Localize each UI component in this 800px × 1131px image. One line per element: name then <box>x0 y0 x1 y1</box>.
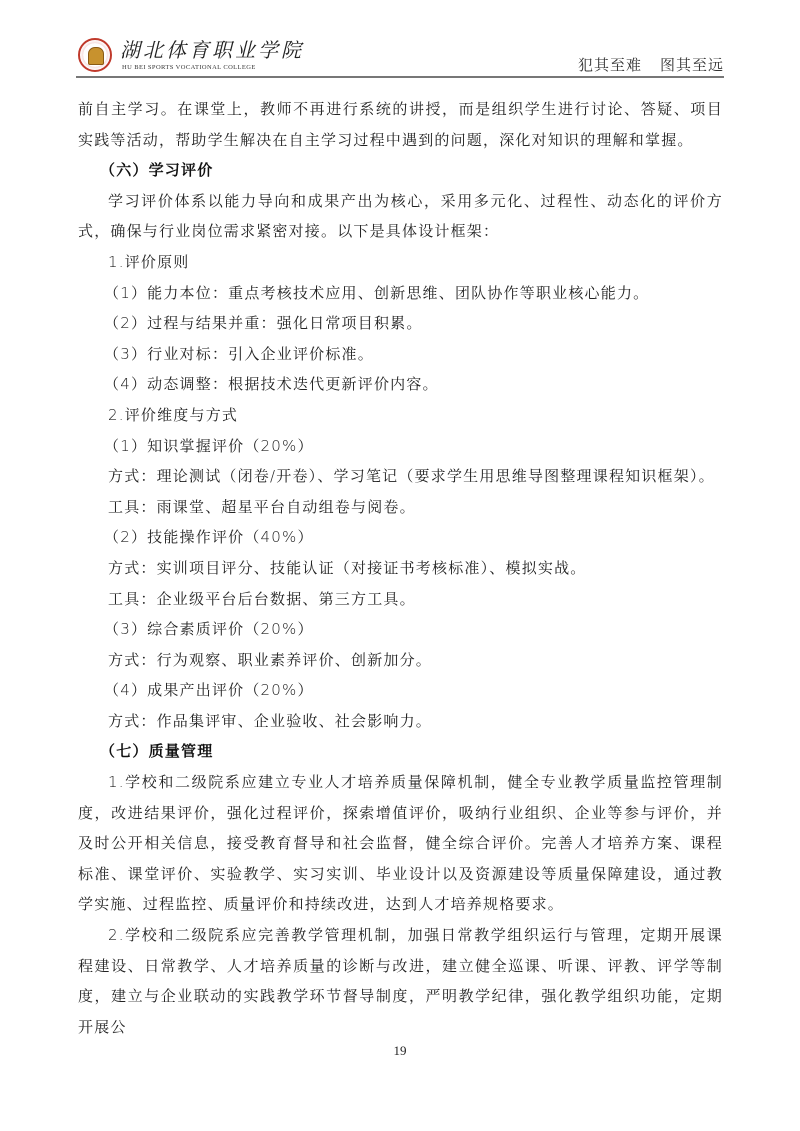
motto-part-1: 犯其至难 <box>578 56 642 74</box>
motto-part-2: 图其至远 <box>660 56 724 74</box>
college-motto: 犯其至难图其至远 <box>578 54 724 75</box>
dimension-method: 方式：实训项目评分、技能认证（对接证书考核标准）、模拟实战。 <box>78 553 723 584</box>
dimension-title: （3）综合素质评价（20%） <box>78 614 723 645</box>
paragraph-intro: 前自主学习。在课堂上，教师不再进行系统的讲授，而是组织学生进行讨论、答疑、项目实… <box>78 94 723 155</box>
dimensions-heading: 2.评价维度与方式 <box>78 400 723 431</box>
section-7-heading: （七）质量管理 <box>78 736 723 767</box>
principle-item: （2）过程与结果并重：强化日常项目积累。 <box>78 308 723 339</box>
seal-building-icon <box>88 47 104 65</box>
principle-item: （1）能力本位：重点考核技术应用、创新思维、团队协作等职业核心能力。 <box>78 278 723 309</box>
header-divider <box>76 76 724 78</box>
dimension-tool: 工具：企业级平台后台数据、第三方工具。 <box>78 584 723 615</box>
document-body: 前自主学习。在课堂上，教师不再进行系统的讲授，而是组织学生进行讨论、答疑、项目实… <box>78 94 723 1042</box>
section-6-heading: （六）学习评价 <box>78 155 723 186</box>
section-7-paragraph-1: 1.学校和二级院系应建立专业人才培养质量保障机制，健全专业教学质量监控管理制度，… <box>78 767 723 920</box>
principle-item: （3）行业对标：引入企业评价标准。 <box>78 339 723 370</box>
college-seal-icon <box>78 38 112 72</box>
page-header: 湖北体育职业学院 HU BEI SPORTS VOCATIONAL COLLEG… <box>0 0 800 80</box>
section-7-paragraph-2: 2.学校和二级院系应完善教学管理机制，加强日常教学组织运行与管理，定期开展课程建… <box>78 920 723 1042</box>
principles-heading: 1.评价原则 <box>78 247 723 278</box>
dimension-title: （4）成果产出评价（20%） <box>78 675 723 706</box>
dimension-method: 方式：行为观察、职业素养评价、创新加分。 <box>78 645 723 676</box>
principle-item: （4）动态调整：根据技术迭代更新评价内容。 <box>78 369 723 400</box>
dimension-title: （2）技能操作评价（40%） <box>78 522 723 553</box>
dimension-tool: 工具：雨课堂、超星平台自动组卷与阅卷。 <box>78 492 723 523</box>
dimension-method: 方式：理论测试（闭卷/开卷）、学习笔记（要求学生用思维导图整理课程知识框架）。 <box>78 461 723 492</box>
dimension-title: （1）知识掌握评价（20%） <box>78 431 723 462</box>
college-name-en: HU BEI SPORTS VOCATIONAL COLLEGE <box>122 64 256 72</box>
dimension-method: 方式：作品集评审、企业验收、社会影响力。 <box>78 706 723 737</box>
page-number: 19 <box>0 1043 800 1059</box>
college-name-cn: 湖北体育职业学院 <box>120 40 304 60</box>
section-6-intro: 学习评价体系以能力导向和成果产出为核心，采用多元化、过程性、动态化的评价方式，确… <box>78 186 723 247</box>
